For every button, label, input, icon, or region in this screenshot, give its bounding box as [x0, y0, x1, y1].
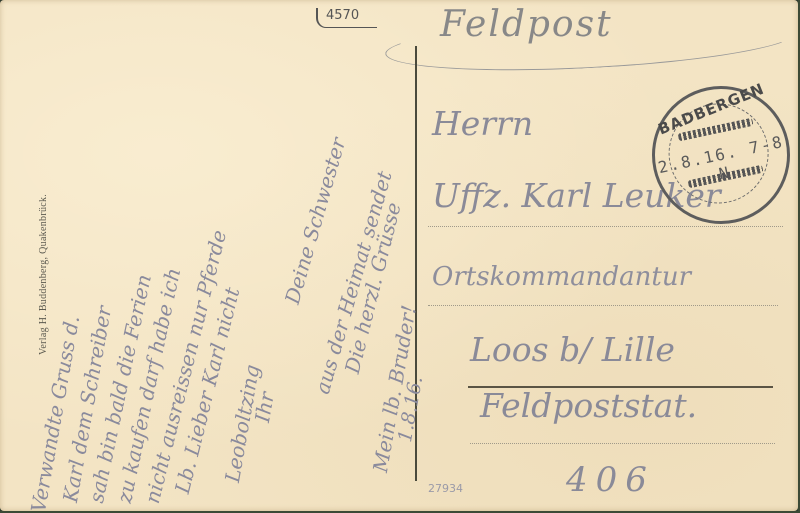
address-line-unit: Ortskommandantur: [432, 262, 691, 292]
address-line-station: Feldpoststat.: [480, 386, 697, 425]
address-dotted-line-1: [428, 226, 783, 227]
feldpost-header: Feldpost: [440, 4, 613, 45]
archive-number: 27934: [428, 482, 463, 495]
address-line-place: Loos b/ Lille: [470, 330, 675, 369]
address-line-number: 406: [566, 460, 655, 500]
handwritten-message: 1.8.16. Mein lb. Bruder! Die herzl. Grüs…: [40, 0, 415, 511]
message-line: Leoboltzing: [220, 363, 264, 484]
address-dotted-line-2: [428, 305, 778, 306]
postcard-back: 4570 Feldpost Verlag H. Buddenberg, Quak…: [0, 0, 798, 511]
address-line-herrn: Herrn: [432, 104, 533, 143]
address-dotted-line-3: [470, 443, 775, 444]
message-line: Deine Schwester: [280, 135, 350, 307]
